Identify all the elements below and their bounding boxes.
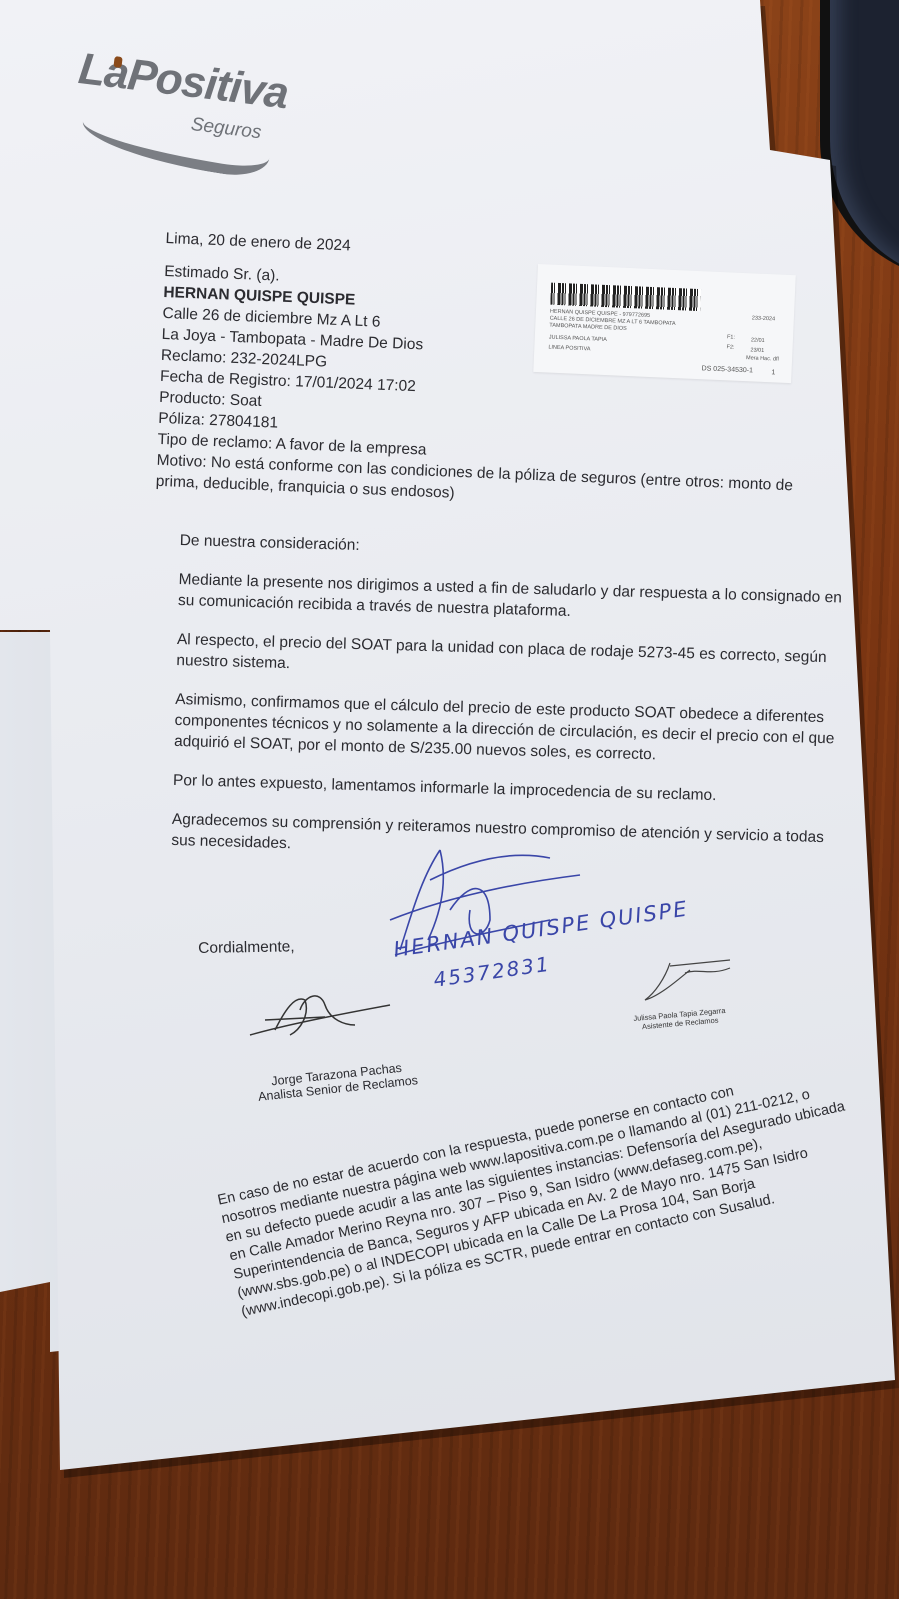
paragraph-4: Por lo antes expuesto, lamentamos inform… [173,770,837,810]
closing: Cordialmente, [198,936,295,959]
letter-document: LaPositiva Seguros HERNAN QUISPE QUISPE … [0,0,899,1599]
company-logo: LaPositiva Seguros [76,44,291,119]
logo-swoosh-icon [78,104,273,181]
consideration: De nuestra consideración: [179,530,843,570]
analyst-block: Jorge Tarazona Pachas Analista Senior de… [256,1059,419,1104]
analyst-signature-icon [245,985,395,1050]
letter-header: Lima, 20 de enero de 2024 Estimado Sr. (… [155,228,802,517]
letter-body: De nuestra consideración: Mediante la pr… [171,530,843,869]
staple-hole-icon [113,56,122,68]
assistant-signature-icon [640,958,740,1013]
footer-notice: En caso de no estar de acuerdo con la re… [216,1060,863,1322]
